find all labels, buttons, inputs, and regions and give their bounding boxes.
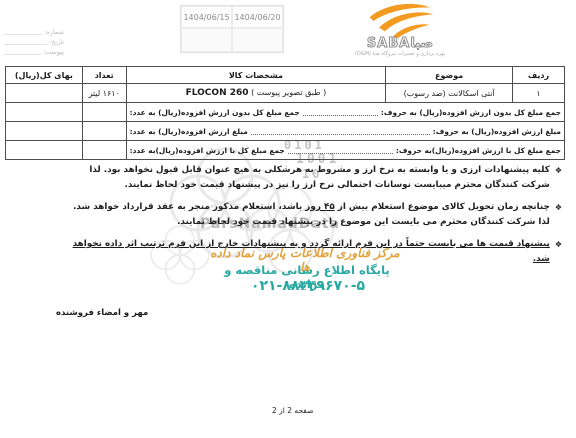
meta-row-date: تاریخ: [4,36,64,46]
empty-qty-cell [82,141,126,160]
watermark-phone: ۰۲۱-۸۸۳۴۹۶۷۰-۵ [228,278,388,294]
empty-price-cell [6,103,83,122]
note-text: کلیه پیشنهادات ارزی و یا وابسته به نرخ ا… [60,163,550,193]
logo-text-fa: صبا [410,36,433,51]
date-cell-2: 1404/06/15 [181,6,232,28]
number-blank-line [4,34,42,35]
note-delivery-terms: ❖ چنانچه زمان تحویل کالای موضوع استعلام … [60,200,562,230]
diamond-bullet-icon: ❖ [555,200,562,230]
note-text: چنانچه زمان تحویل کالای موضوع استعلام بی… [60,200,550,230]
date-box: 1404/06/20 1404/06/15 [180,5,284,53]
diamond-bullet-icon: ❖ [555,163,562,193]
items-table: ردیف موضوع مشخصات کالا تعداد بهای کل(ریا… [5,66,565,160]
vat-words-label: مبلغ ارزش افزوده(ریال) به حروف: [433,127,561,136]
letter-meta-fields: شماره: تاریخ: پیوست: [4,26,64,56]
header-total-price: بهای کل(ریال) [6,67,83,84]
date-blank-line [4,44,47,45]
empty-price-cell [6,141,83,160]
vat-amount-row: مبلغ ارزش افزوده(ریال) به حروف: مبلغ ارز… [6,122,565,141]
document-page: 0101 1001 10 ParsNamadData مرکز فناوری ا… [0,0,576,438]
dotted-blank [288,146,393,154]
total-with-vat-cell: جمع مبلغ کل با ارزش افزوده(ریال)به حروف:… [126,141,564,160]
empty-price-cell [6,122,83,141]
logo-subtitle: بهره برداری و تعمیرات نیروگاه صبا (O&M) [348,51,452,57]
date-label: تاریخ: [49,38,64,46]
attachment-label: پیوست: [43,48,64,56]
empty-qty-cell [82,122,126,141]
header-subject: موضوع [386,67,513,84]
item-subject: آنتی اسکالانت (ضد رسوب) [386,84,513,103]
page-number: صفحه 2 از 2 [272,406,313,415]
date-cell-empty [181,28,232,52]
vat-figures-label: مبلغ ارزش افزوده(ریال) به عدد: [130,127,248,136]
saba-swoosh-icon [361,2,439,38]
table-row: ۱ آنتی اسکالانت (ضد رسوب) FLOCON 260 ( ط… [6,84,565,103]
note-currency-terms: ❖ کلیه پیشنهادات ارزی و یا وابسته به نرخ… [60,163,562,193]
date-cell-1: 1404/06/20 [232,6,283,28]
item-spec-note: ( طبق تصویر پیوست ) [251,88,326,97]
total-words-label: جمع مبلغ کل بدون ارزش افزوده(ریال) به حر… [381,108,561,117]
logo-text-en: SABA [367,36,410,51]
dotted-blank [303,108,378,116]
diamond-bullet-icon: ❖ [555,237,562,267]
table-header-row: ردیف موضوع مشخصات کالا تعداد بهای کل(ریا… [6,67,565,84]
seller-signature-label: مهر و امضاء فروشنده [56,308,148,318]
meta-row-number: شماره: [4,26,64,36]
attachment-blank-line [4,54,41,55]
note-form-only-terms: ❖ پیشنهاد قیمت ها می بایست حتماً در این … [60,237,562,267]
note-text-pre: چنانچه زمان تحویل کالای موضوع استعلام بی… [335,202,550,212]
item-spec-name: FLOCON 260 [186,88,249,98]
note-text: پیشنهاد قیمت ها می بایست حتماً در این فر… [60,237,550,267]
meta-row-attachment: پیوست: [4,46,64,56]
empty-qty-cell [82,103,126,122]
total-without-vat-row: جمع مبلغ کل بدون ارزش افزوده(ریال) به حر… [6,103,565,122]
number-label: شماره: [44,28,64,36]
item-row-number: ۱ [513,84,565,103]
total-figures-label: جمع مبلغ کل بدون ارزش افزوده(ریال) به عد… [130,108,300,117]
total-vat-figures-label: جمع مبلغ کل با ارزش افزوده(ریال)به عدد: [130,146,285,155]
terms-notes: ❖ کلیه پیشنهادات ارزی و یا وابسته به نرخ… [0,163,576,274]
item-qty: ۱۶۱۰ لیتر [82,84,126,103]
header-spec: مشخصات کالا [126,67,386,84]
header-qty: تعداد [82,67,126,84]
item-total-price [6,84,83,103]
total-vat-words-label: جمع مبلغ کل با ارزش افزوده(ریال)به حروف: [396,146,561,155]
total-with-vat-row: جمع مبلغ کل با ارزش افزوده(ریال)به حروف:… [6,141,565,160]
company-logo: SABAصبا بهره برداری و تعمیرات نیروگاه صب… [348,2,452,57]
header-row-number: ردیف [513,67,565,84]
logo-wordmark: SABAصبا [348,38,452,50]
total-without-vat-cell: جمع مبلغ کل بدون ارزش افزوده(ریال) به حر… [126,103,564,122]
note-45-days-underlined: ۴۵ روز [305,202,334,212]
dotted-blank [251,127,430,135]
vat-amount-cell: مبلغ ارزش افزوده(ریال) به حروف: مبلغ ارز… [126,122,564,141]
item-spec: FLOCON 260 ( طبق تصویر پیوست ) [126,84,386,103]
date-cell-empty [232,28,283,52]
